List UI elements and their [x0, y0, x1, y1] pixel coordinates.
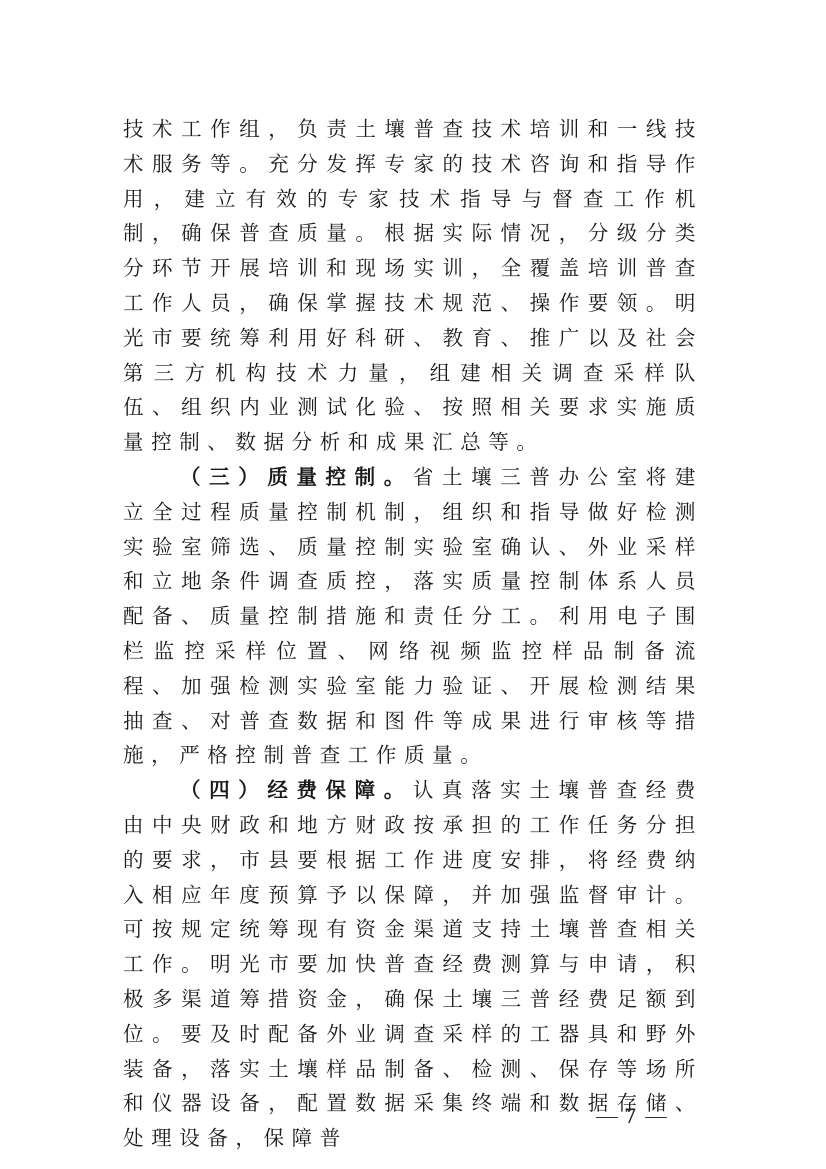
document-page: 技术工作组，负责土壤普查技术培训和一线技术服务等。充分发挥专家的技术咨询和指导作… — [123, 112, 703, 1156]
section-heading-funding: （四）经费保障。 — [180, 778, 413, 802]
paragraph-quality-control: （三）质量控制。省土壤三普办公室将建立全过程质量控制机制，组织和指导做好检测实验… — [123, 460, 703, 773]
section-heading-quality-control: （三）质量控制。 — [180, 465, 413, 489]
dash-right-icon — [645, 1117, 667, 1119]
dash-left-icon — [596, 1117, 618, 1119]
paragraph-training: 技术工作组，负责土壤普查技术培训和一线技术服务等。充分发挥专家的技术咨询和指导作… — [123, 112, 703, 460]
paragraph-body: 省土壤三普办公室将建立全过程质量控制机制，组织和指导做好检测实验室筛选、质量控制… — [123, 465, 703, 767]
paragraph-funding: （四）经费保障。认真落实土壤普查经费由中央财政和地方财政按承担的工作任务分担的要… — [123, 773, 703, 1156]
paragraph-body: 认真落实土壤普查经费由中央财政和地方财政按承担的工作任务分担的要求，市县要根据工… — [123, 778, 703, 1150]
page-number-value: 7 — [624, 1104, 639, 1128]
paragraph-body: 技术工作组，负责土壤普查技术培训和一线技术服务等。充分发挥专家的技术咨询和指导作… — [123, 117, 703, 454]
page-number: 7 — [0, 1104, 826, 1128]
